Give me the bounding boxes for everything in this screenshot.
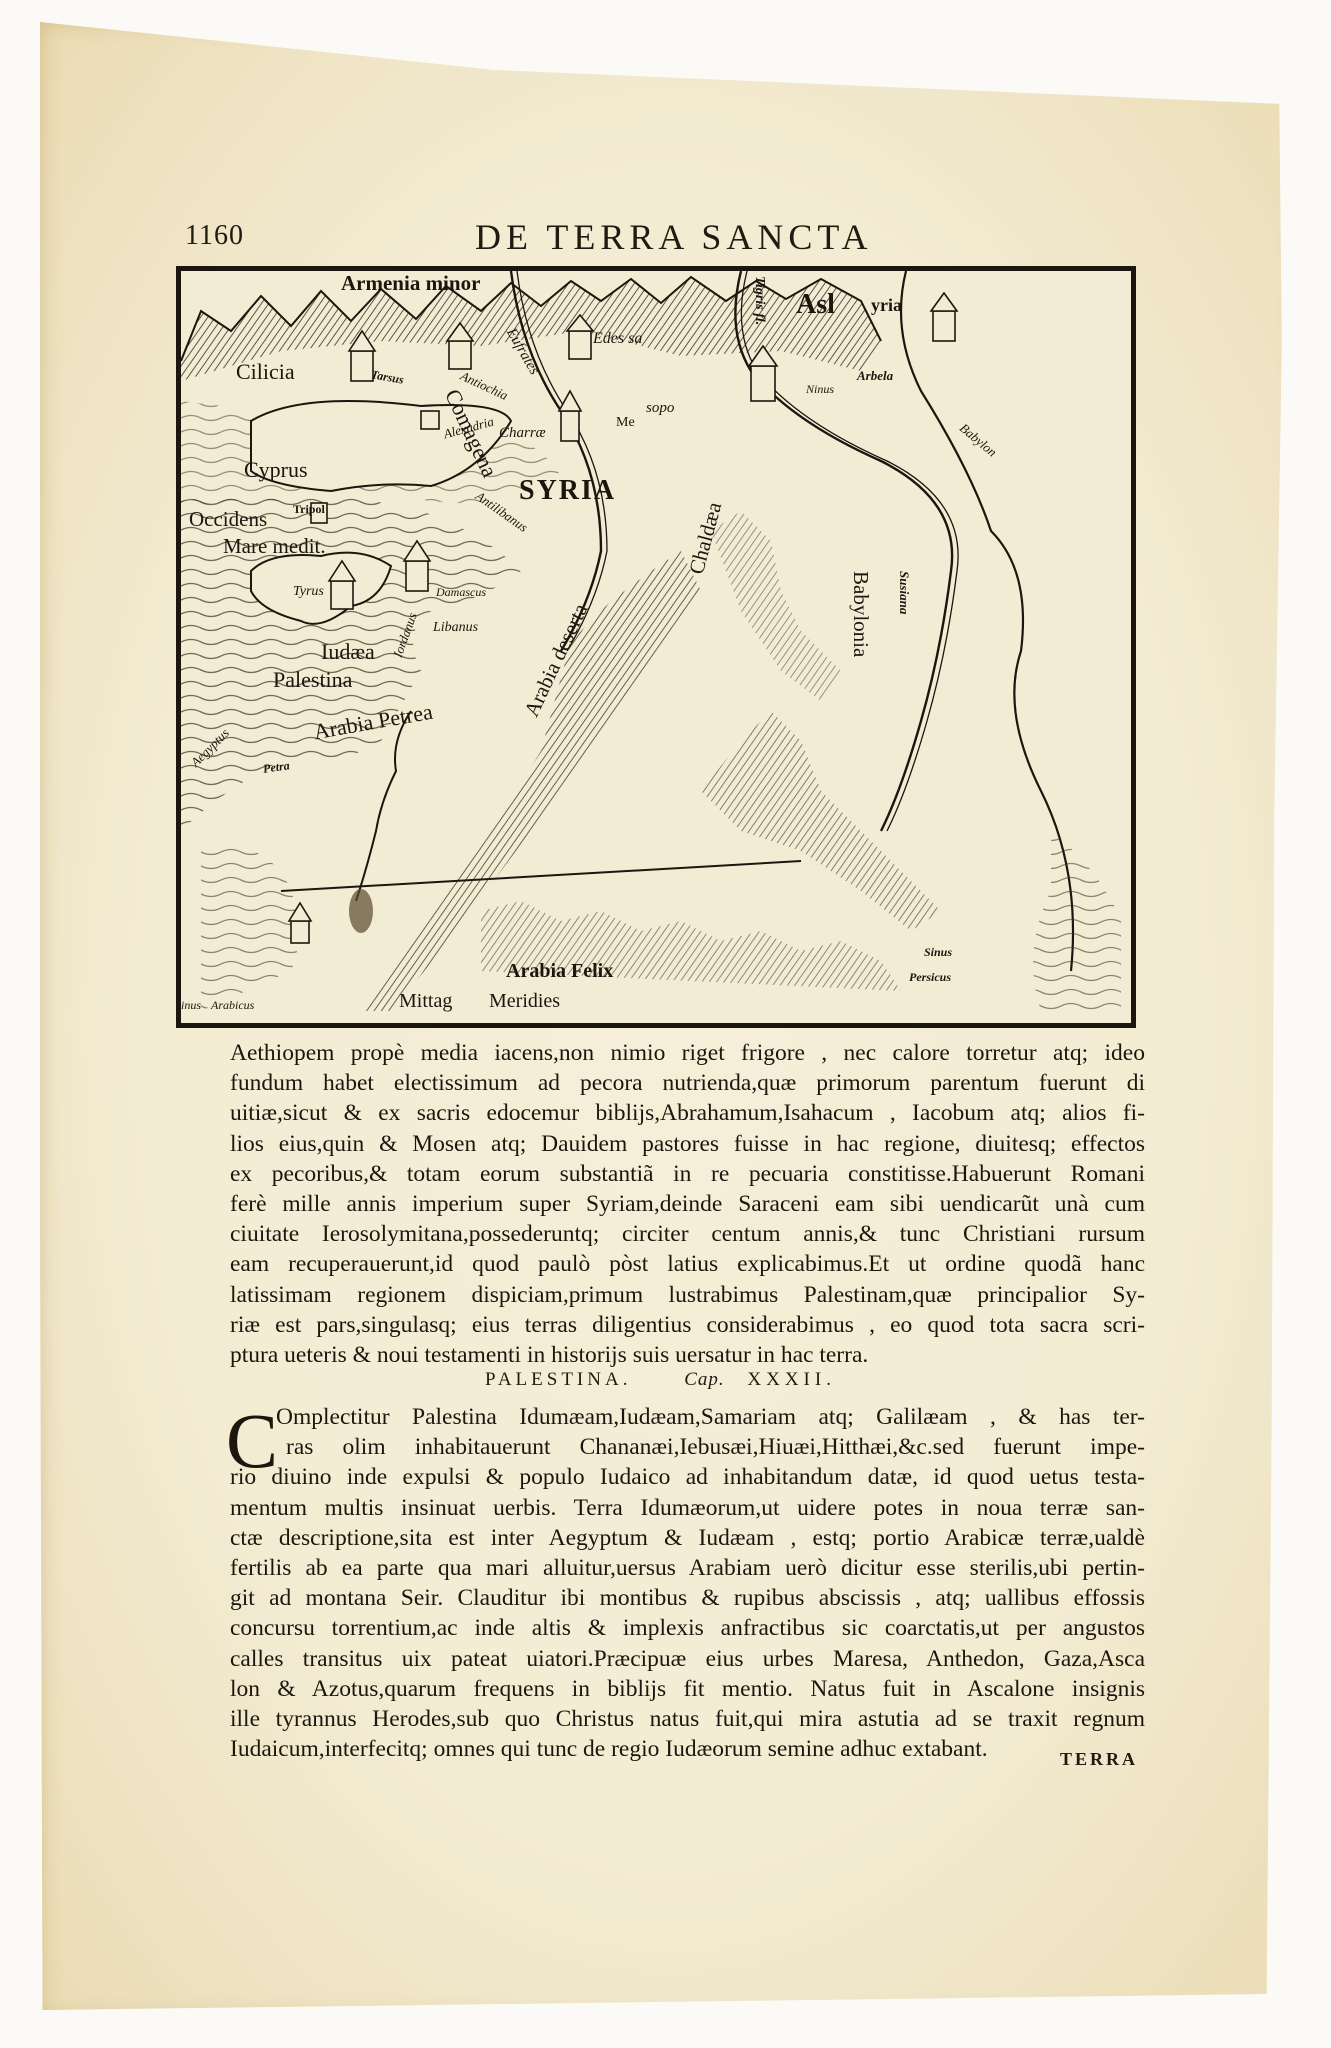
map-label-syria: SYRIA (519, 477, 616, 505)
text-line: Aethiopem propè media iacens,non nimio r… (230, 1038, 1145, 1068)
text-line: ex pecoribus,& totam eorum substantiã in… (230, 1159, 1145, 1189)
map-label-mare-medit: Mare medit. (223, 536, 326, 557)
map-label-susiana: Susiana (898, 571, 911, 614)
page-number: 1160 (185, 220, 244, 252)
text-line: ras olim inhabitauerunt Chananæi,Iebusæi… (230, 1432, 1145, 1462)
text-line: calles transitus uix pateat uiatori.Præc… (230, 1644, 1145, 1674)
map-label-sinus-persicus-2: Persicus (909, 971, 951, 983)
text-line: ciuitate Ierosolymitana,possederuntq; ci… (230, 1219, 1145, 1249)
text-line: lios eius,quin & Mosen atq; Dauidem past… (230, 1129, 1145, 1159)
map-label-sinus-persicus-1: Sinus (924, 946, 952, 958)
text-line: ctæ descriptione,sita est inter Aegyptum… (230, 1523, 1145, 1553)
paragraph-palestina: Omplectitur Palestina Idumæam,Iudæam,Sam… (230, 1402, 1145, 1764)
map-label-edessa: Edes sa (593, 331, 642, 347)
woodcut-map: Armenia minor Cilicia Tarsus Antiochia A… (176, 266, 1136, 1028)
map-label-ninus: Ninus (806, 383, 834, 395)
running-head: 1160 DE TERRA SANCTA (185, 216, 975, 256)
map-label-meridies: Meridies (489, 991, 560, 1011)
map-label-cyprus: Cyprus (244, 459, 308, 481)
map-label-sinus-arabicus-2: Arabicus (211, 999, 254, 1011)
map-label-occidens: Occidens (189, 509, 267, 530)
text-line: concursu torrentium,ac inde altis & impl… (230, 1613, 1145, 1643)
map-label-armenia-minor: Armenia minor (341, 273, 480, 294)
text-line: fertilis ab ea parte qua mari alluitur,u… (230, 1553, 1145, 1583)
text-line: ptura ueteris & noui testamenti in histo… (230, 1340, 1145, 1370)
text-line: rio diuino inde expulsi & populo Iudaico… (230, 1462, 1145, 1492)
map-label-mittag: Mittag (399, 991, 452, 1011)
text-line: latissimam regionem dispiciam,primum lus… (230, 1280, 1145, 1310)
text-line: riæ est pars,singulasq; eius terras dili… (230, 1310, 1145, 1340)
map-label-sinus-arabicus-1: Sinus (176, 999, 201, 1011)
catchword: TERRA (1060, 1749, 1138, 1770)
text-line: Omplectitur Palestina Idumæam,Iudæam,Sam… (230, 1402, 1145, 1432)
chapter-title: PALESTINA. (485, 1369, 631, 1390)
map-label-petra: Petra (262, 759, 290, 775)
map-label-mesopotamia-sopo: sopo (646, 401, 674, 416)
map-label-assyria-part2: yria (871, 296, 902, 314)
map-label-palestina: Palestina (273, 669, 352, 691)
running-title: DE TERRA SANCTA (475, 216, 873, 258)
text-line: ille tyrannus Herodes,sub quo Christus n… (230, 1704, 1145, 1734)
map-label-babylonia: Babylonia (850, 571, 871, 657)
map-label-assyria-part1: Asl (796, 291, 835, 319)
text-line: Iudaicum,interfecitq; omnes qui tunc de … (230, 1734, 1145, 1764)
text-line: uitiæ,sicut & ex sacris edocemur biblijs… (230, 1098, 1145, 1128)
paragraph-syria: Aethiopem propè media iacens,non nimio r… (230, 1038, 1145, 1370)
text-line: mentum multis insinuat uerbis. Terra Idu… (230, 1493, 1145, 1523)
chapter-number: XXXII. (747, 1369, 836, 1390)
text-line: fundum habet electissimum ad pecora nutr… (230, 1068, 1145, 1098)
map-label-tigris: Tigris fl. (752, 276, 766, 325)
chapter-heading: PALESTINA. Cap. XXXII. (485, 1369, 836, 1391)
text-line: lon & Azotus,quarum frequens in biblijs … (230, 1674, 1145, 1704)
map-label-iudaea: Iudæa (321, 641, 375, 663)
map-label-tyrus: Tyrus (293, 585, 324, 599)
map-label-libanus: Libanus (433, 621, 478, 635)
map-label-arabia-felix: Arabia Felix (506, 961, 613, 981)
map-label-cilicia: Cilicia (236, 361, 295, 383)
map-label-arbela: Arbela (857, 369, 893, 382)
map-label-damascus: Damascus (436, 586, 486, 598)
text-line: eam recuperauerunt,id quod paulò pòst la… (230, 1249, 1145, 1279)
text-line: git ad montana Seir. Clauditur ibi monti… (230, 1583, 1145, 1613)
text-line: ferè mille annis imperium super Syriam,d… (230, 1189, 1145, 1219)
map-label-mesopotamia-me: Me (616, 416, 635, 430)
chapter-cap-label: Cap. (684, 1369, 724, 1390)
map-label-charrae: Charræ (499, 426, 546, 441)
map-label-tripol: Tripol (293, 503, 325, 515)
